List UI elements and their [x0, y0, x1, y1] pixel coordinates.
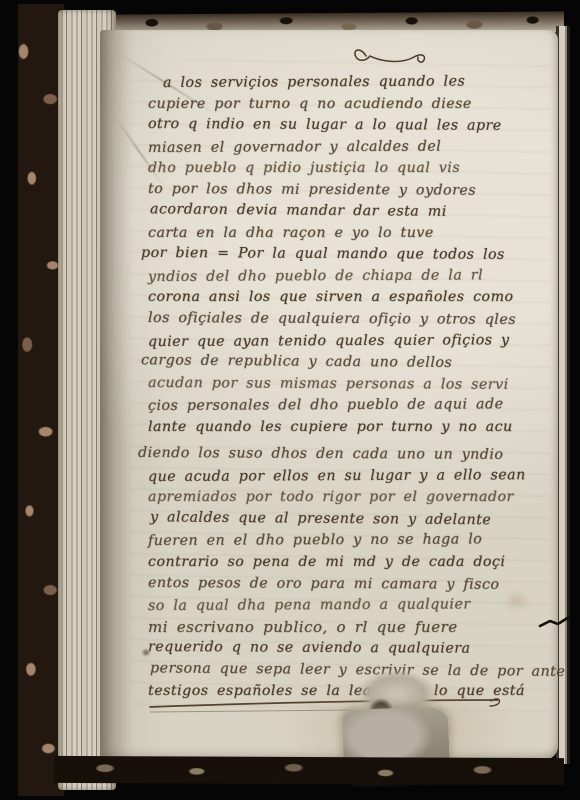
manuscript-line: dho pueblo q pidio justiçia lo qual vis [148, 158, 552, 180]
photo-background: a los serviçios personales quando lescup… [0, 0, 580, 800]
flourish-mark [350, 42, 434, 70]
ink-stain-spot [141, 648, 151, 657]
faded-stain-spot [504, 590, 530, 612]
manuscript-text-block: a los serviçios personales quando lescup… [148, 72, 552, 703]
manuscript-page: a los serviçios personales quando lescup… [100, 30, 558, 760]
manuscript-line: diendo los suso dhos den cada uno un ynd… [138, 443, 552, 467]
manuscript-line: yndios del dho pueblo de chiapa de la rl [148, 265, 552, 289]
manuscript-line: otro q indio en su lugar a lo qual les a… [148, 114, 552, 138]
manuscript-line: miasen el governador y alcaldes del [148, 136, 552, 160]
manuscript-line: por bien = Por la qual mando que todos l… [141, 243, 552, 267]
manuscript-line: cargos de republica y cada uno dellos [141, 350, 554, 375]
manuscript-line: fueren en el dho pueblo y no se haga lo [148, 529, 552, 553]
under-page-fore-edge [556, 26, 570, 764]
manuscript-line: los ofiçiales de qualquiera ofiçio y otr… [148, 308, 552, 332]
manuscript-line: que acuda por ellos en su lugar y a ello… [148, 465, 552, 489]
manuscript-line: requerido q no se aviendo a qualquiera [148, 637, 552, 661]
manuscript-line: corona ansi los que sirven a españoles c… [148, 287, 552, 309]
manuscript-line: quier que ayan tenido quales quier ofiçi… [148, 330, 552, 354]
manuscript-line: entos pesos de oro para mi camara y fisc… [148, 573, 552, 597]
manuscript-line: lante quando les cupiere por turno y no … [148, 417, 552, 439]
manuscript-line: so la qual dha pena mando a qualquier [148, 594, 552, 618]
manuscript-line: acordaron devia mandar dar esta mi [150, 200, 554, 225]
manuscript-line: çios personales del dho pueblo de aqui a… [148, 394, 552, 418]
book-bottom-edge [54, 756, 564, 785]
gutter-shadow [100, 30, 134, 760]
manuscript-line: persona que sepa leer y escrivir se la d… [150, 658, 554, 683]
manuscript-line: acudan por sus mismas personas a los ser… [148, 373, 552, 397]
manuscript-line: cupiere por turno q no acudiendo diese [148, 94, 552, 116]
edge-tear-mark [538, 614, 572, 632]
manuscript-line: contrario so pena de mi md y de cada doç… [148, 552, 552, 574]
manuscript-line: apremiados por todo rigor por el governa… [148, 487, 552, 509]
manuscript-line: carta en la dha raçon e yo lo tuve [148, 223, 552, 245]
manuscript-line: mi escrivano publico, o rl que fuere [148, 617, 552, 639]
manuscript-line: a los serviçios personales quando les [163, 71, 552, 94]
